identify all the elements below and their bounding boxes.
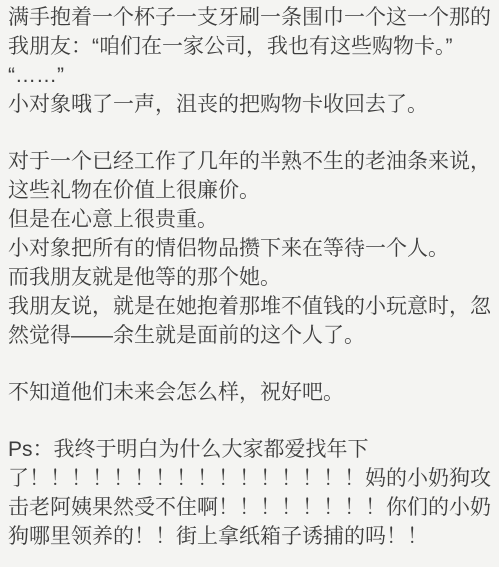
story-line: 满手抱着一个杯子一支牙刷一条围巾一个这一个那的我朋友：“咱们在一家公司，我也有这… <box>8 3 493 61</box>
paragraph-postscript: Ps：我终于明白为什么大家都爱找年下了！！！！！！！！！！！！！！！！妈的小奶狗… <box>8 435 493 551</box>
story-line: 而我朋友就是他等的那个她。 <box>8 263 493 292</box>
story-line: 我朋友说，就是在她抱着那堆不值钱的小玩意时，忽然觉得——余生就是面前的这个人了。 <box>8 292 493 350</box>
story-line: 不知道他们未来会怎么样，祝好吧。 <box>8 378 493 407</box>
story-line: 小对象哦了一声，沮丧的把购物卡收回去了。 <box>8 90 493 119</box>
paragraph-gifts: 满手抱着一个杯子一支牙刷一条围巾一个这一个那的我朋友：“咱们在一家公司，我也有这… <box>8 3 493 119</box>
story-line: 对于一个已经工作了几年的半熟不生的老油条来说，这些礼物在价值上很廉价。 <box>8 147 493 205</box>
story-line: 小对象把所有的情侣物品攒下来在等待一个人。 <box>8 234 493 263</box>
story-text: 满手抱着一个杯子一支牙刷一条围巾一个这一个那的我朋友：“咱们在一家公司，我也有这… <box>0 0 499 551</box>
paragraph-value: 对于一个已经工作了几年的半熟不生的老油条来说，这些礼物在价值上很廉价。 但是在心… <box>8 147 493 350</box>
paragraph-wish: 不知道他们未来会怎么样，祝好吧。 <box>8 378 493 407</box>
story-line: Ps：我终于明白为什么大家都爱找年下了！！！！！！！！！！！！！！！！妈的小奶狗… <box>8 435 493 551</box>
story-line-ellipsis-quote: “……” <box>8 61 493 90</box>
story-line: 但是在心意上很贵重。 <box>8 205 493 234</box>
